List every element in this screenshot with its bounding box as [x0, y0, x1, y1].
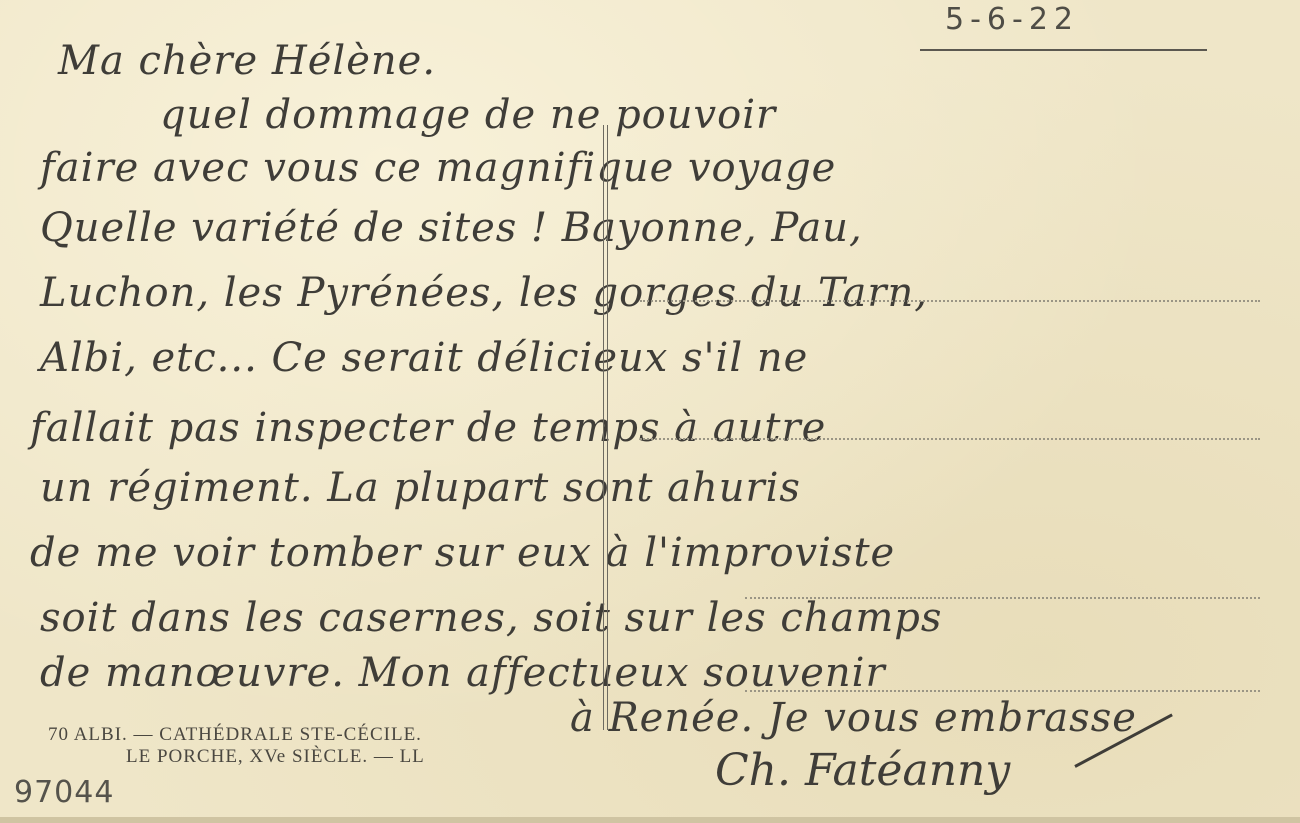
- archive-number: 97044: [14, 775, 114, 810]
- date: 5-6-22: [945, 2, 1079, 37]
- letter-line-11: à Renée. Je vous embrasse: [570, 695, 1137, 741]
- card-divider-line: [603, 125, 608, 730]
- card-bottom-edge: [0, 817, 1300, 823]
- letter-line-9: soit dans les casernes, soit sur les cha…: [40, 595, 942, 641]
- letter-line-4: Luchon, les Pyrénées, les gorges du Tarn…: [40, 270, 928, 316]
- letter-line-2: faire avec vous ce magnifique voyage: [40, 145, 836, 191]
- letter-line-8: de me voir tomber sur eux à l'improviste: [30, 530, 895, 576]
- letter-line-6: fallait pas inspecter de temps à autre: [30, 405, 826, 451]
- letter-line-1: quel dommage de ne pouvoir: [160, 92, 776, 138]
- address-line-3: [745, 597, 1260, 599]
- caption-line-2: LE PORCHE, XVe SIÈCLE. — LL: [48, 746, 425, 768]
- printed-caption: 70 ALBI. — CATHÉDRALE STE-CÉCILE. LE POR…: [48, 724, 425, 768]
- postcard-back: 5-6-22 Ma chère Hélène. quel dommage de …: [0, 0, 1300, 823]
- caption-line-1: 70 ALBI. — CATHÉDRALE STE-CÉCILE.: [48, 724, 425, 746]
- letter-line-5: Albi, etc... Ce serait délicieux s'il ne: [40, 335, 808, 381]
- address-line-4: [745, 690, 1260, 692]
- date-underline: [920, 49, 1207, 51]
- letter-line-7: un régiment. La plupart sont ahuris: [40, 465, 801, 511]
- address-line-2: [640, 438, 1260, 440]
- signature: Ch. Fatéanny: [715, 745, 1010, 796]
- letter-line-3: Quelle variété de sites ! Bayonne, Pau,: [40, 205, 863, 251]
- address-line-1: [640, 300, 1260, 302]
- salutation: Ma chère Hélène.: [58, 38, 436, 84]
